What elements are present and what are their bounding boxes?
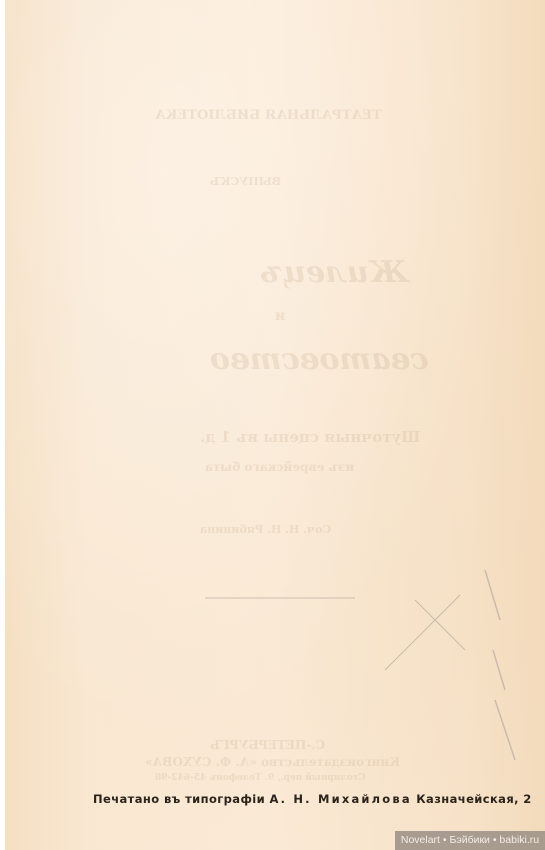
scanned-page: ТЕАТРАЛЬНАЯ БИБЛІОТЕКА ВЫПУСКЪ Жилецъ и … bbox=[5, 0, 545, 850]
pencil-marks bbox=[5, 0, 545, 850]
imprint-printer: А. Н. Михайлова bbox=[269, 792, 411, 806]
site-watermark: Novelart • Бэйбики • babiki.ru bbox=[395, 831, 545, 850]
printer-imprint: Печатано въ типографіи А. Н. Михайлова К… bbox=[93, 792, 493, 806]
imprint-address: Казначейская, 2 bbox=[416, 792, 531, 806]
imprint-prefix: Печатано въ типографіи bbox=[93, 792, 265, 806]
